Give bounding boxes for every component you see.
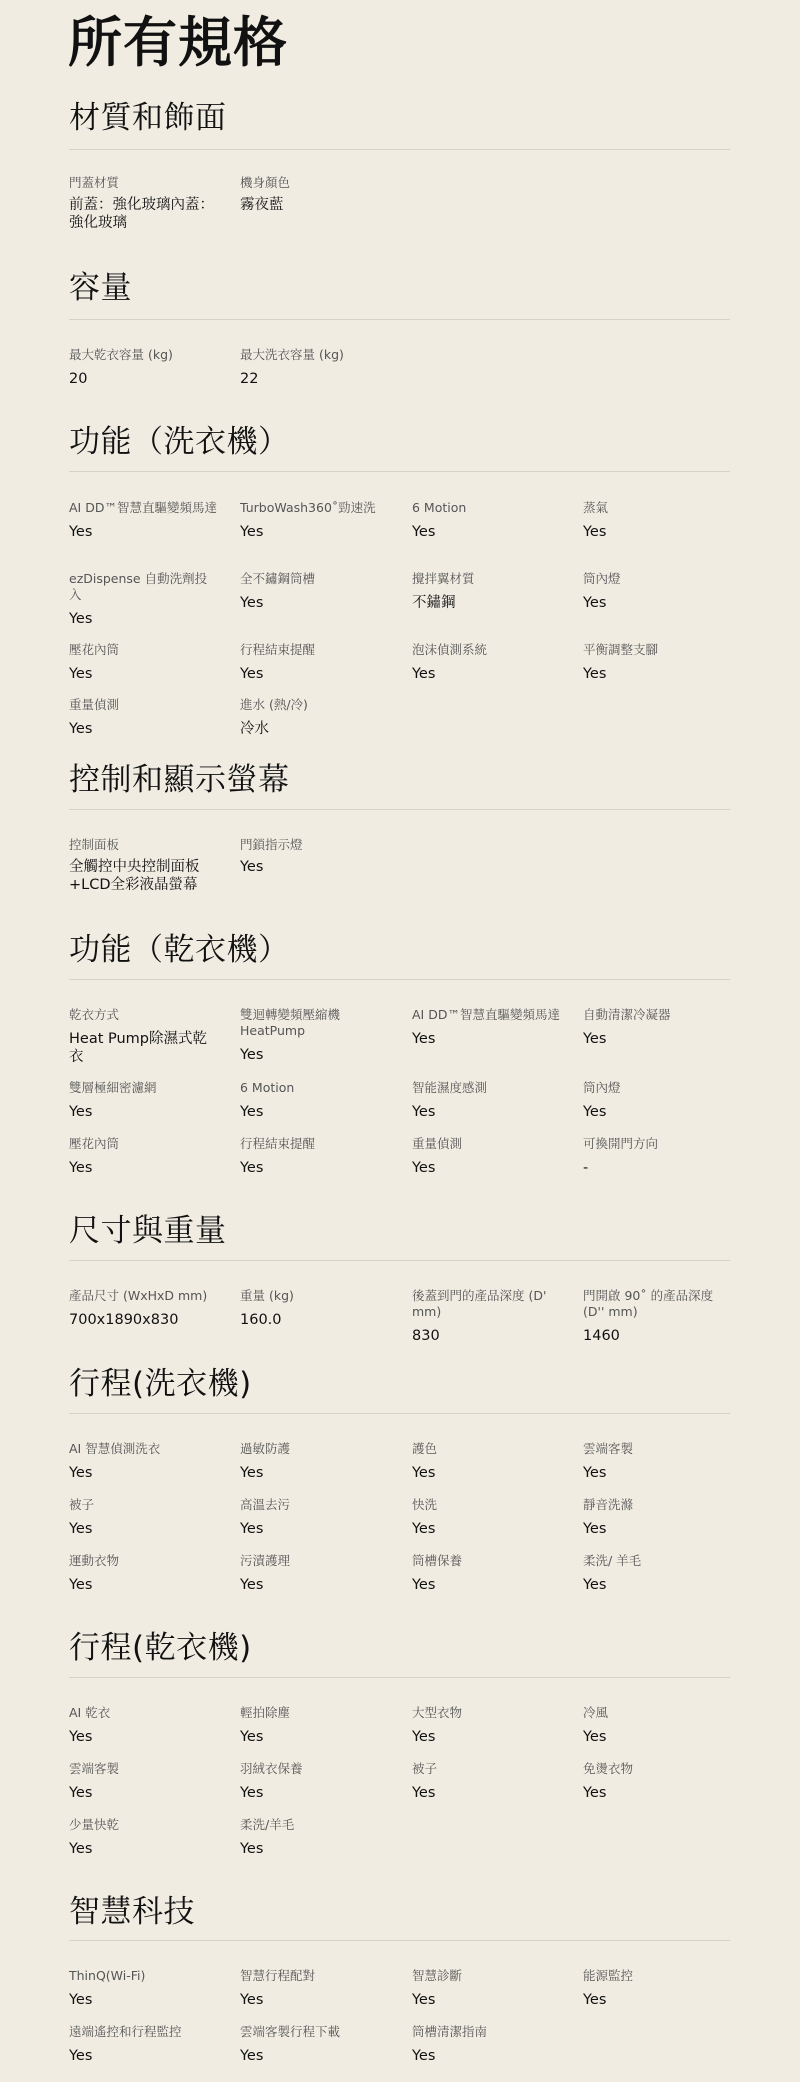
spec-label: 6 Motion <box>412 500 562 516</box>
spec-value: Yes <box>583 1728 733 1746</box>
spec-value: Yes <box>240 1159 390 1177</box>
spec-label: ThinQ(Wi-Fi) <box>69 1968 219 1984</box>
spec-value: Yes <box>240 1520 390 1538</box>
spec-value: Yes <box>69 1103 219 1121</box>
spec-item: 產品尺寸 (WxHxD mm) 700x1890x830 <box>69 1288 219 1329</box>
spec-value: Yes <box>69 720 219 738</box>
spec-value: 全觸控中央控制面板+LCD全彩液晶螢幕 <box>69 858 209 894</box>
spec-item: 筒槽保養 Yes <box>412 1553 562 1594</box>
spec-label: 後蓋到門的產品深度 (D' mm) <box>412 1288 562 1320</box>
spec-value: Yes <box>583 1991 733 2009</box>
spec-value: Yes <box>69 1784 219 1802</box>
spec-label: 機身顏色 <box>240 175 390 191</box>
spec-item: 被子 Yes <box>69 1497 219 1538</box>
spec-value: 前蓋：強化玻璃內蓋：強化玻璃 <box>69 196 219 232</box>
spec-label: 污漬護理 <box>240 1553 390 1569</box>
spec-label: 筒槽保養 <box>412 1553 562 1569</box>
spec-item: 柔洗/ 羊毛 Yes <box>583 1553 733 1594</box>
spec-item: AI 智慧偵測洗衣 Yes <box>69 1441 219 1482</box>
spec-value: Yes <box>412 523 562 541</box>
spec-value: Yes <box>412 1520 562 1538</box>
spec-label: 冷風 <box>583 1705 733 1721</box>
spec-item: 雙層極細密濾網 Yes <box>69 1080 219 1121</box>
spec-label: 靜音洗滌 <box>583 1497 733 1513</box>
spec-item: AI DD™智慧直驅變頻馬達 Yes <box>412 1007 562 1048</box>
spec-value: - <box>583 1159 733 1177</box>
spec-label: 雲端客製 <box>583 1441 733 1457</box>
spec-label: 大型衣物 <box>412 1705 562 1721</box>
spec-item: 重量偵測 Yes <box>69 697 219 738</box>
spec-value: 不鏽鋼 <box>412 594 562 612</box>
spec-value: Yes <box>69 1159 219 1177</box>
section-heading-materials: 材質和飾面 <box>69 98 227 138</box>
spec-item: 免燙衣物 Yes <box>583 1761 733 1802</box>
spec-label: 控制面板 <box>69 837 219 853</box>
divider <box>69 809 730 810</box>
spec-value: Yes <box>240 594 390 612</box>
spec-label: 重量 (kg) <box>240 1288 390 1304</box>
spec-value: Yes <box>412 2047 562 2065</box>
spec-item: 可換開門方向 - <box>583 1136 733 1177</box>
spec-label: 運動衣物 <box>69 1553 219 1569</box>
spec-value: Yes <box>583 665 733 683</box>
spec-item: 筒內燈 Yes <box>583 1080 733 1121</box>
spec-item: 過敏防護 Yes <box>240 1441 390 1482</box>
spec-label: 輕拍除塵 <box>240 1705 390 1721</box>
spec-value: Yes <box>583 1030 733 1048</box>
spec-item: 羽絨衣保養 Yes <box>240 1761 390 1802</box>
spec-item: 門開啟 90˚ 的產品深度 (D'' mm) 1460 <box>583 1288 733 1345</box>
divider <box>69 471 730 472</box>
spec-label: 可換開門方向 <box>583 1136 733 1152</box>
spec-value: Yes <box>583 1576 733 1594</box>
spec-value: 1460 <box>583 1327 733 1345</box>
spec-item: 進水 (熱/冷) 冷水 <box>240 697 390 738</box>
spec-value: Yes <box>583 523 733 541</box>
spec-value: Yes <box>69 1464 219 1482</box>
spec-label: 筒內燈 <box>583 571 733 587</box>
section-heading-capacity: 容量 <box>69 268 132 308</box>
spec-item: 全不鏽鋼筒槽 Yes <box>240 571 390 612</box>
spec-item: AI 乾衣 Yes <box>69 1705 219 1746</box>
spec-item: 污漬護理 Yes <box>240 1553 390 1594</box>
spec-item: 輕拍除塵 Yes <box>240 1705 390 1746</box>
spec-label: 最大洗衣容量 (kg) <box>240 347 390 363</box>
spec-item: 攪拌翼材質 不鏽鋼 <box>412 571 562 612</box>
spec-label: 少量快乾 <box>69 1817 219 1833</box>
spec-item: 雲端客製行程下載 Yes <box>240 2024 390 2065</box>
spec-item: 6 Motion Yes <box>240 1080 390 1121</box>
spec-value: 160.0 <box>240 1311 390 1329</box>
spec-value: Yes <box>412 1576 562 1594</box>
spec-label: 智能濕度感測 <box>412 1080 562 1096</box>
section-heading-controls-display: 控制和顯示螢幕 <box>69 760 290 800</box>
spec-label: 壓花內筒 <box>69 642 219 658</box>
spec-item: 機身顏色 霧夜藍 <box>240 175 390 214</box>
spec-item: 最大洗衣容量 (kg) 22 <box>240 347 390 388</box>
spec-label: 最大乾衣容量 (kg) <box>69 347 219 363</box>
spec-item: 平衡調整支腳 Yes <box>583 642 733 683</box>
spec-label: 快洗 <box>412 1497 562 1513</box>
spec-label: 平衡調整支腳 <box>583 642 733 658</box>
spec-label: 羽絨衣保養 <box>240 1761 390 1777</box>
spec-value: Yes <box>240 2047 390 2065</box>
spec-label: 重量偵測 <box>69 697 219 713</box>
spec-label: 泡沫偵測系統 <box>412 642 562 658</box>
spec-label: 智慧行程配對 <box>240 1968 390 1984</box>
spec-item: 雲端客製 Yes <box>69 1761 219 1802</box>
spec-item: 門蓋材質 前蓋：強化玻璃內蓋：強化玻璃 <box>69 175 219 232</box>
spec-label: 雙迴轉變頻壓縮機HeatPump <box>240 1007 360 1039</box>
spec-label: 雙層極細密濾網 <box>69 1080 219 1096</box>
spec-item: ThinQ(Wi-Fi) Yes <box>69 1968 219 2009</box>
spec-label: 過敏防護 <box>240 1441 390 1457</box>
spec-label: 行程結束提醒 <box>240 1136 390 1152</box>
spec-item: 快洗 Yes <box>412 1497 562 1538</box>
spec-label: 雲端客製行程下載 <box>240 2024 390 2040</box>
section-heading-washer-features: 功能（洗衣機） <box>69 422 290 462</box>
spec-item: 泡沫偵測系統 Yes <box>412 642 562 683</box>
spec-value: Yes <box>240 1728 390 1746</box>
spec-item: 重量偵測 Yes <box>412 1136 562 1177</box>
spec-item: 筒內燈 Yes <box>583 571 733 612</box>
spec-value: Yes <box>69 1576 219 1594</box>
spec-label: AI 乾衣 <box>69 1705 219 1721</box>
spec-value: Yes <box>412 1991 562 2009</box>
spec-item: ezDispense 自動洗劑投入 Yes <box>69 571 219 628</box>
spec-label: 護色 <box>412 1441 562 1457</box>
spec-label: 門開啟 90˚ 的產品深度 (D'' mm) <box>583 1288 733 1320</box>
divider <box>69 149 730 150</box>
spec-item: 蒸氣 Yes <box>583 500 733 541</box>
spec-item: 遠端遙控和行程監控 Yes <box>69 2024 219 2065</box>
spec-value: Yes <box>412 1103 562 1121</box>
spec-item: 雲端客製 Yes <box>583 1441 733 1482</box>
spec-label: 門蓋材質 <box>69 175 219 191</box>
spec-value: Yes <box>240 1784 390 1802</box>
spec-value: Yes <box>240 1464 390 1482</box>
spec-value: Yes <box>69 610 219 628</box>
spec-value: Yes <box>583 594 733 612</box>
section-heading-dryer-programs: 行程(乾衣機) <box>69 1628 252 1668</box>
spec-item: 大型衣物 Yes <box>412 1705 562 1746</box>
spec-value: Yes <box>583 1464 733 1482</box>
spec-label: 能源監控 <box>583 1968 733 1984</box>
spec-item: 筒槽清潔指南 Yes <box>412 2024 562 2065</box>
spec-label: TurboWash360˚勁速洗 <box>240 500 390 516</box>
section-heading-washer-programs: 行程(洗衣機) <box>69 1364 252 1404</box>
spec-value: Heat Pump除濕式乾衣 <box>69 1030 209 1066</box>
spec-label: 門鎖指示燈 <box>240 837 390 853</box>
spec-item: 門鎖指示燈 Yes <box>240 837 390 876</box>
spec-label: 柔洗/羊毛 <box>240 1817 390 1833</box>
spec-item: 護色 Yes <box>412 1441 562 1482</box>
spec-item: 乾衣方式 Heat Pump除濕式乾衣 <box>69 1007 219 1066</box>
spec-label: 全不鏽鋼筒槽 <box>240 571 390 587</box>
spec-label: 筒槽清潔指南 <box>412 2024 562 2040</box>
spec-item: 自動清潔冷凝器 Yes <box>583 1007 733 1048</box>
spec-item: 柔洗/羊毛 Yes <box>240 1817 390 1858</box>
spec-item: 雙迴轉變頻壓縮機HeatPump Yes <box>240 1007 390 1064</box>
spec-label: 蒸氣 <box>583 500 733 516</box>
section-heading-dryer-features: 功能（乾衣機） <box>69 930 290 970</box>
spec-item: 智慧行程配對 Yes <box>240 1968 390 2009</box>
spec-item: 行程結束提醒 Yes <box>240 642 390 683</box>
spec-value: Yes <box>412 1784 562 1802</box>
spec-label: 被子 <box>69 1497 219 1513</box>
spec-item: 高溫去污 Yes <box>240 1497 390 1538</box>
spec-value: Yes <box>69 1840 219 1858</box>
divider <box>69 979 730 980</box>
spec-value: Yes <box>69 523 219 541</box>
spec-value: 20 <box>69 370 219 388</box>
spec-value: Yes <box>69 1520 219 1538</box>
divider <box>69 1413 730 1414</box>
spec-value: Yes <box>240 523 390 541</box>
spec-value: Yes <box>583 1103 733 1121</box>
spec-item: 壓花內筒 Yes <box>69 642 219 683</box>
spec-label: 重量偵測 <box>412 1136 562 1152</box>
spec-label: 自動清潔冷凝器 <box>583 1007 733 1023</box>
spec-value: Yes <box>69 2047 219 2065</box>
spec-label: 遠端遙控和行程監控 <box>69 2024 219 2040</box>
spec-value: 冷水 <box>240 720 390 738</box>
spec-item: 重量 (kg) 160.0 <box>240 1288 390 1329</box>
divider <box>69 1940 730 1941</box>
spec-label: 6 Motion <box>240 1080 390 1096</box>
spec-label: AI DD™智慧直驅變頻馬達 <box>412 1007 562 1023</box>
spec-value: 霧夜藍 <box>240 196 390 214</box>
spec-item: TurboWash360˚勁速洗 Yes <box>240 500 390 541</box>
spec-value: Yes <box>69 1991 219 2009</box>
spec-value: Yes <box>583 1784 733 1802</box>
spec-label: 智慧診斷 <box>412 1968 562 1984</box>
spec-value: 22 <box>240 370 390 388</box>
spec-value: 700x1890x830 <box>69 1311 219 1329</box>
spec-label: 進水 (熱/冷) <box>240 697 390 713</box>
spec-value: Yes <box>240 1991 390 2009</box>
section-heading-smart-tech: 智慧科技 <box>69 1892 195 1932</box>
spec-item: 能源監控 Yes <box>583 1968 733 2009</box>
spec-label: 行程結束提醒 <box>240 642 390 658</box>
spec-value: Yes <box>240 858 390 876</box>
spec-value: Yes <box>412 1464 562 1482</box>
section-heading-dimensions-weight: 尺寸與重量 <box>69 1211 227 1251</box>
divider <box>69 1260 730 1261</box>
spec-label: 攪拌翼材質 <box>412 571 562 587</box>
spec-item: AI DD™智慧直驅變頻馬達 Yes <box>69 500 219 541</box>
spec-item: 冷風 Yes <box>583 1705 733 1746</box>
spec-item: 靜音洗滌 Yes <box>583 1497 733 1538</box>
spec-value: Yes <box>69 1728 219 1746</box>
spec-label: 高溫去污 <box>240 1497 390 1513</box>
spec-label: ezDispense 自動洗劑投入 <box>69 571 219 603</box>
spec-value: Yes <box>240 1840 390 1858</box>
spec-value: Yes <box>412 665 562 683</box>
spec-value: Yes <box>583 1520 733 1538</box>
spec-value: Yes <box>412 1030 562 1048</box>
spec-item: 智能濕度感測 Yes <box>412 1080 562 1121</box>
spec-label: 筒內燈 <box>583 1080 733 1096</box>
spec-item: 少量快乾 Yes <box>69 1817 219 1858</box>
spec-item: 行程結束提醒 Yes <box>240 1136 390 1177</box>
spec-item: 控制面板 全觸控中央控制面板+LCD全彩液晶螢幕 <box>69 837 219 894</box>
spec-label: AI 智慧偵測洗衣 <box>69 1441 219 1457</box>
spec-label: 被子 <box>412 1761 562 1777</box>
spec-item: 智慧診斷 Yes <box>412 1968 562 2009</box>
spec-item: 壓花內筒 Yes <box>69 1136 219 1177</box>
divider <box>69 1677 730 1678</box>
spec-value: Yes <box>240 665 390 683</box>
spec-label: 雲端客製 <box>69 1761 219 1777</box>
spec-item: 後蓋到門的產品深度 (D' mm) 830 <box>412 1288 562 1345</box>
spec-label: AI DD™智慧直驅變頻馬達 <box>69 500 219 516</box>
spec-value: Yes <box>412 1728 562 1746</box>
spec-value: Yes <box>240 1103 390 1121</box>
spec-label: 乾衣方式 <box>69 1007 219 1023</box>
spec-value: Yes <box>69 665 219 683</box>
spec-label: 壓花內筒 <box>69 1136 219 1152</box>
spec-item: 6 Motion Yes <box>412 500 562 541</box>
spec-value: Yes <box>412 1159 562 1177</box>
spec-value: 830 <box>412 1327 562 1345</box>
spec-label: 免燙衣物 <box>583 1761 733 1777</box>
spec-value: Yes <box>240 1576 390 1594</box>
spec-value: Yes <box>240 1046 390 1064</box>
spec-label: 產品尺寸 (WxHxD mm) <box>69 1288 219 1304</box>
spec-label: 柔洗/ 羊毛 <box>583 1553 733 1569</box>
page-title: 所有規格 <box>68 6 288 80</box>
spec-item: 最大乾衣容量 (kg) 20 <box>69 347 219 388</box>
spec-item: 被子 Yes <box>412 1761 562 1802</box>
spec-item: 運動衣物 Yes <box>69 1553 219 1594</box>
divider <box>69 319 730 320</box>
